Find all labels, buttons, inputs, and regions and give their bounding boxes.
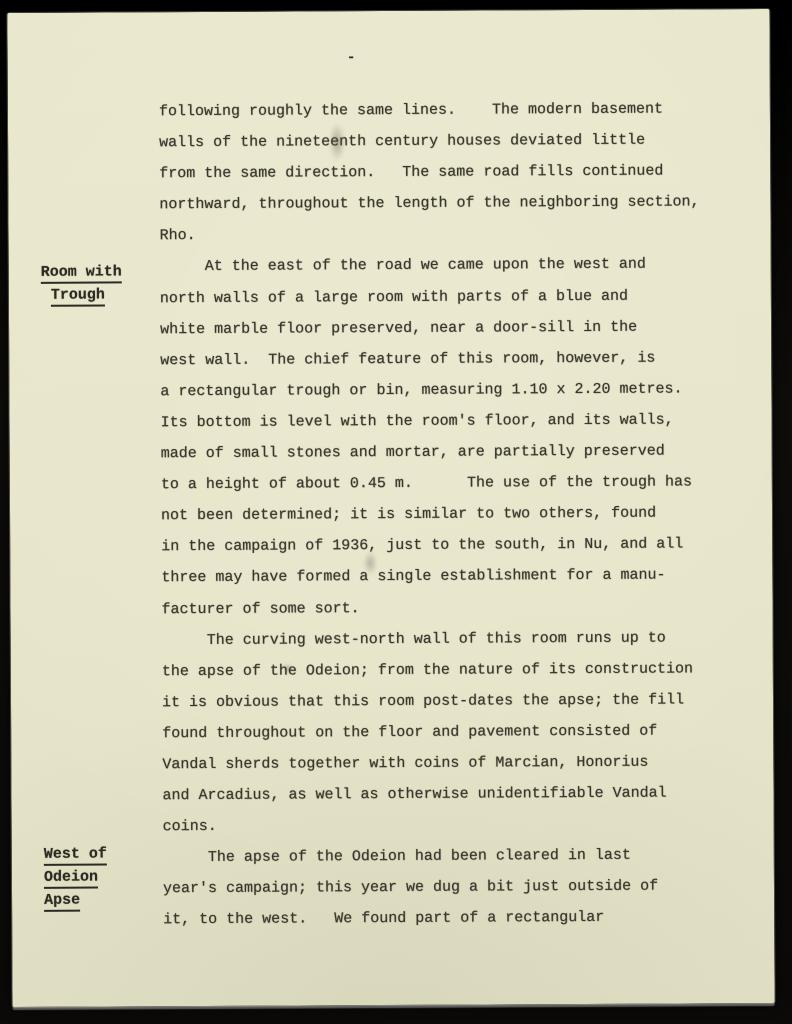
margin-label-west-of-odeion-apse: West of Odeion Apse xyxy=(44,845,107,914)
margin-label-text: West of xyxy=(44,845,107,865)
paragraph-road-fills: following roughly the same lines. The mo… xyxy=(159,93,735,251)
paragraph-west-of-odeion-apse: The apse of the Odeion had been cleared … xyxy=(163,839,738,935)
margin-label-line: Trough xyxy=(41,286,122,306)
body-text: following roughly the same lines. The mo… xyxy=(159,93,738,936)
document-page: - Room with Trough West of Odeion Apse f… xyxy=(7,9,774,1007)
photo-background: - Room with Trough West of Odeion Apse f… xyxy=(0,0,792,1024)
margin-label-text: Apse xyxy=(44,892,80,912)
margin-label-line: Room with xyxy=(41,263,122,283)
paragraph-room-with-trough: At the east of the road we came upon the… xyxy=(160,249,737,625)
margin-label-line: West of xyxy=(44,845,107,865)
margin-label-text: Room with xyxy=(41,263,122,283)
margin-label-room-with-trough: Room with Trough xyxy=(41,263,122,309)
margin-label-line: Odeion xyxy=(44,868,107,888)
margin-label-text: Odeion xyxy=(44,869,98,889)
page-number-dash: - xyxy=(347,49,356,66)
margin-label-text: Trough xyxy=(51,286,105,306)
margin-label-line: Apse xyxy=(44,891,107,911)
paragraph-curving-wall: The curving west-north wall of this room… xyxy=(162,622,738,843)
